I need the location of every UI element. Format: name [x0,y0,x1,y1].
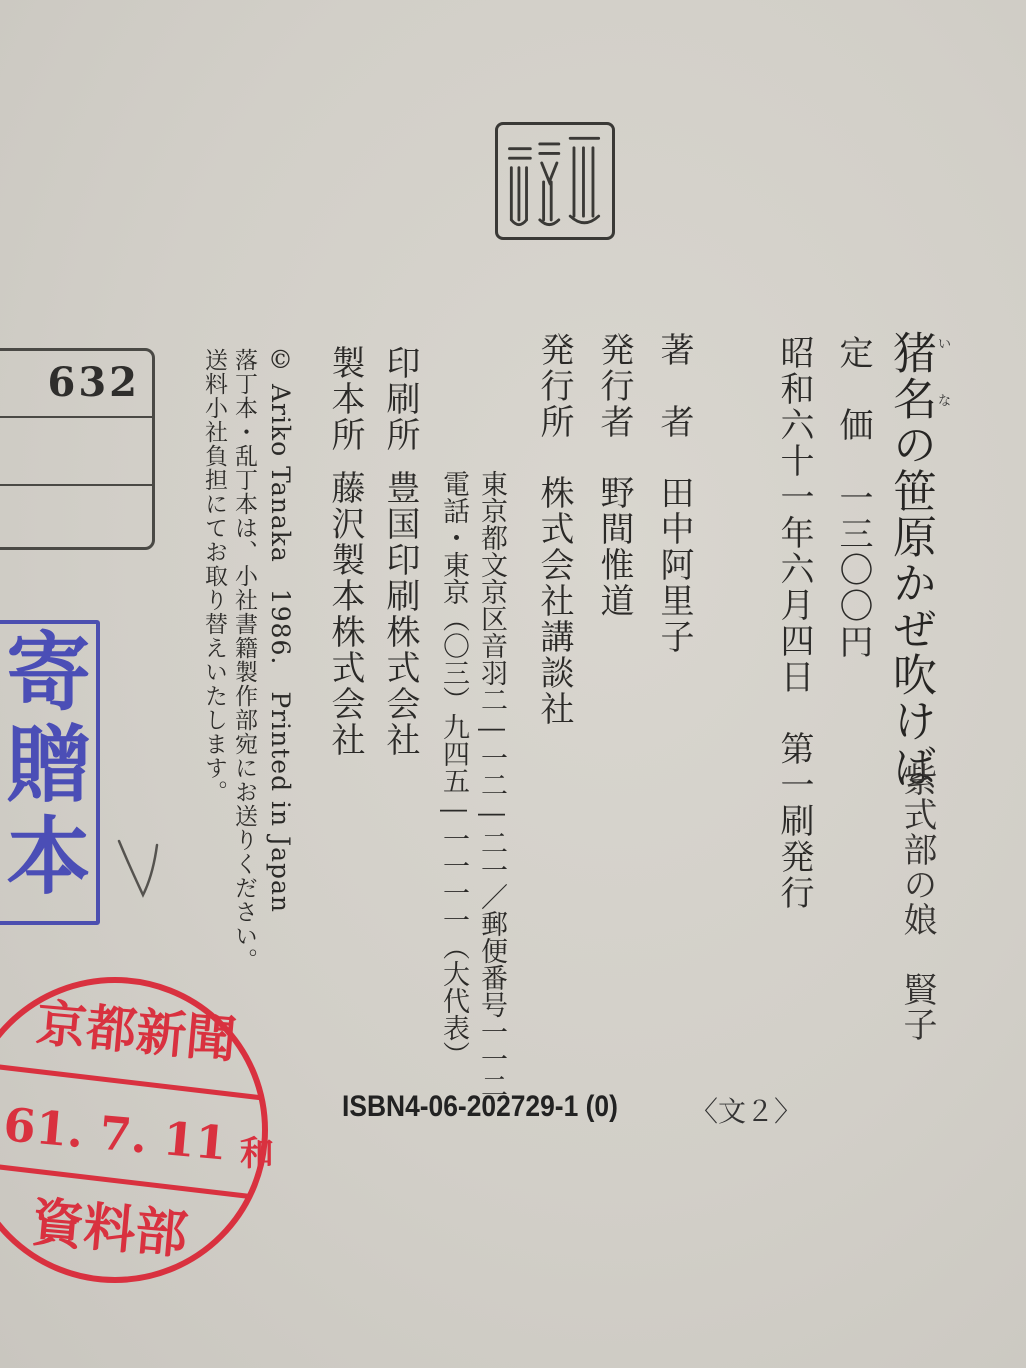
publisher-label: 発行者 [597,332,631,440]
printer-label: 印刷所 [383,345,417,453]
printer-name: 豊国印刷株式会社 [383,470,417,758]
publisher-phone: 電話・東京（〇三）九四五―一一一一（大代表） [440,470,467,1068]
publishing-house-label: 発行所 [537,332,571,440]
defect-return-note: 落丁本・乱丁本は、小社書籍製作部宛にお送りください。 [232,348,255,972]
newspaper-date-stamp: 京都新聞 61. 7. 11 和 資料部 [0,965,280,1295]
copyright-notice: © Ariko Tanaka 1986. Printed in Japan [268,345,293,913]
binder-name: 藤沢製本株式会社 [328,470,362,758]
publisher-name: 野間惟道 [597,475,631,619]
svg-text:資料部: 資料部 [29,1192,190,1266]
publishing-house-name: 株式会社講談社 [537,475,571,727]
book-subtitle: 紫式部の娘 賢子 [900,762,934,1042]
isbn: ISBN4-06-202729-1 (0) [342,1090,618,1124]
publisher-seal-icon [495,122,615,240]
svg-text:京都新聞: 京都新聞 [34,993,238,1069]
author-name: 田中阿里子 [657,475,691,655]
check-mark-icon [115,835,170,905]
title-furigana-na: な [938,390,951,409]
title-furigana-i: い [938,333,951,352]
gift-stamp-text: 寄贈本 [0,628,84,904]
library-number: 632 [48,359,141,406]
author-label: 著 者 [657,332,691,440]
binder-label: 製本所 [328,345,362,453]
price-label: 定 価 [836,335,870,443]
classification-code: 〈文２〉 [690,1090,802,1130]
svg-text:和: 和 [240,1134,274,1174]
library-number-box: 632 [0,348,155,550]
price-value: 一三〇〇円 [836,480,870,660]
shipping-cost-note: 送料小社負担にてお取り替えいたします。 [202,348,225,804]
publisher-address: 東京都文京区音羽二―一二―二一／郵便番号一一二 [478,470,505,1099]
svg-text:61. 7. 11: 61. 7. 11 [1,1097,229,1170]
gift-copy-stamp: 寄贈本 [0,620,100,925]
book-title: 猪名の笹原かぜ吹けば [888,330,932,790]
publication-date: 昭和六十一年六月四日 第一刷発行 [777,335,811,911]
